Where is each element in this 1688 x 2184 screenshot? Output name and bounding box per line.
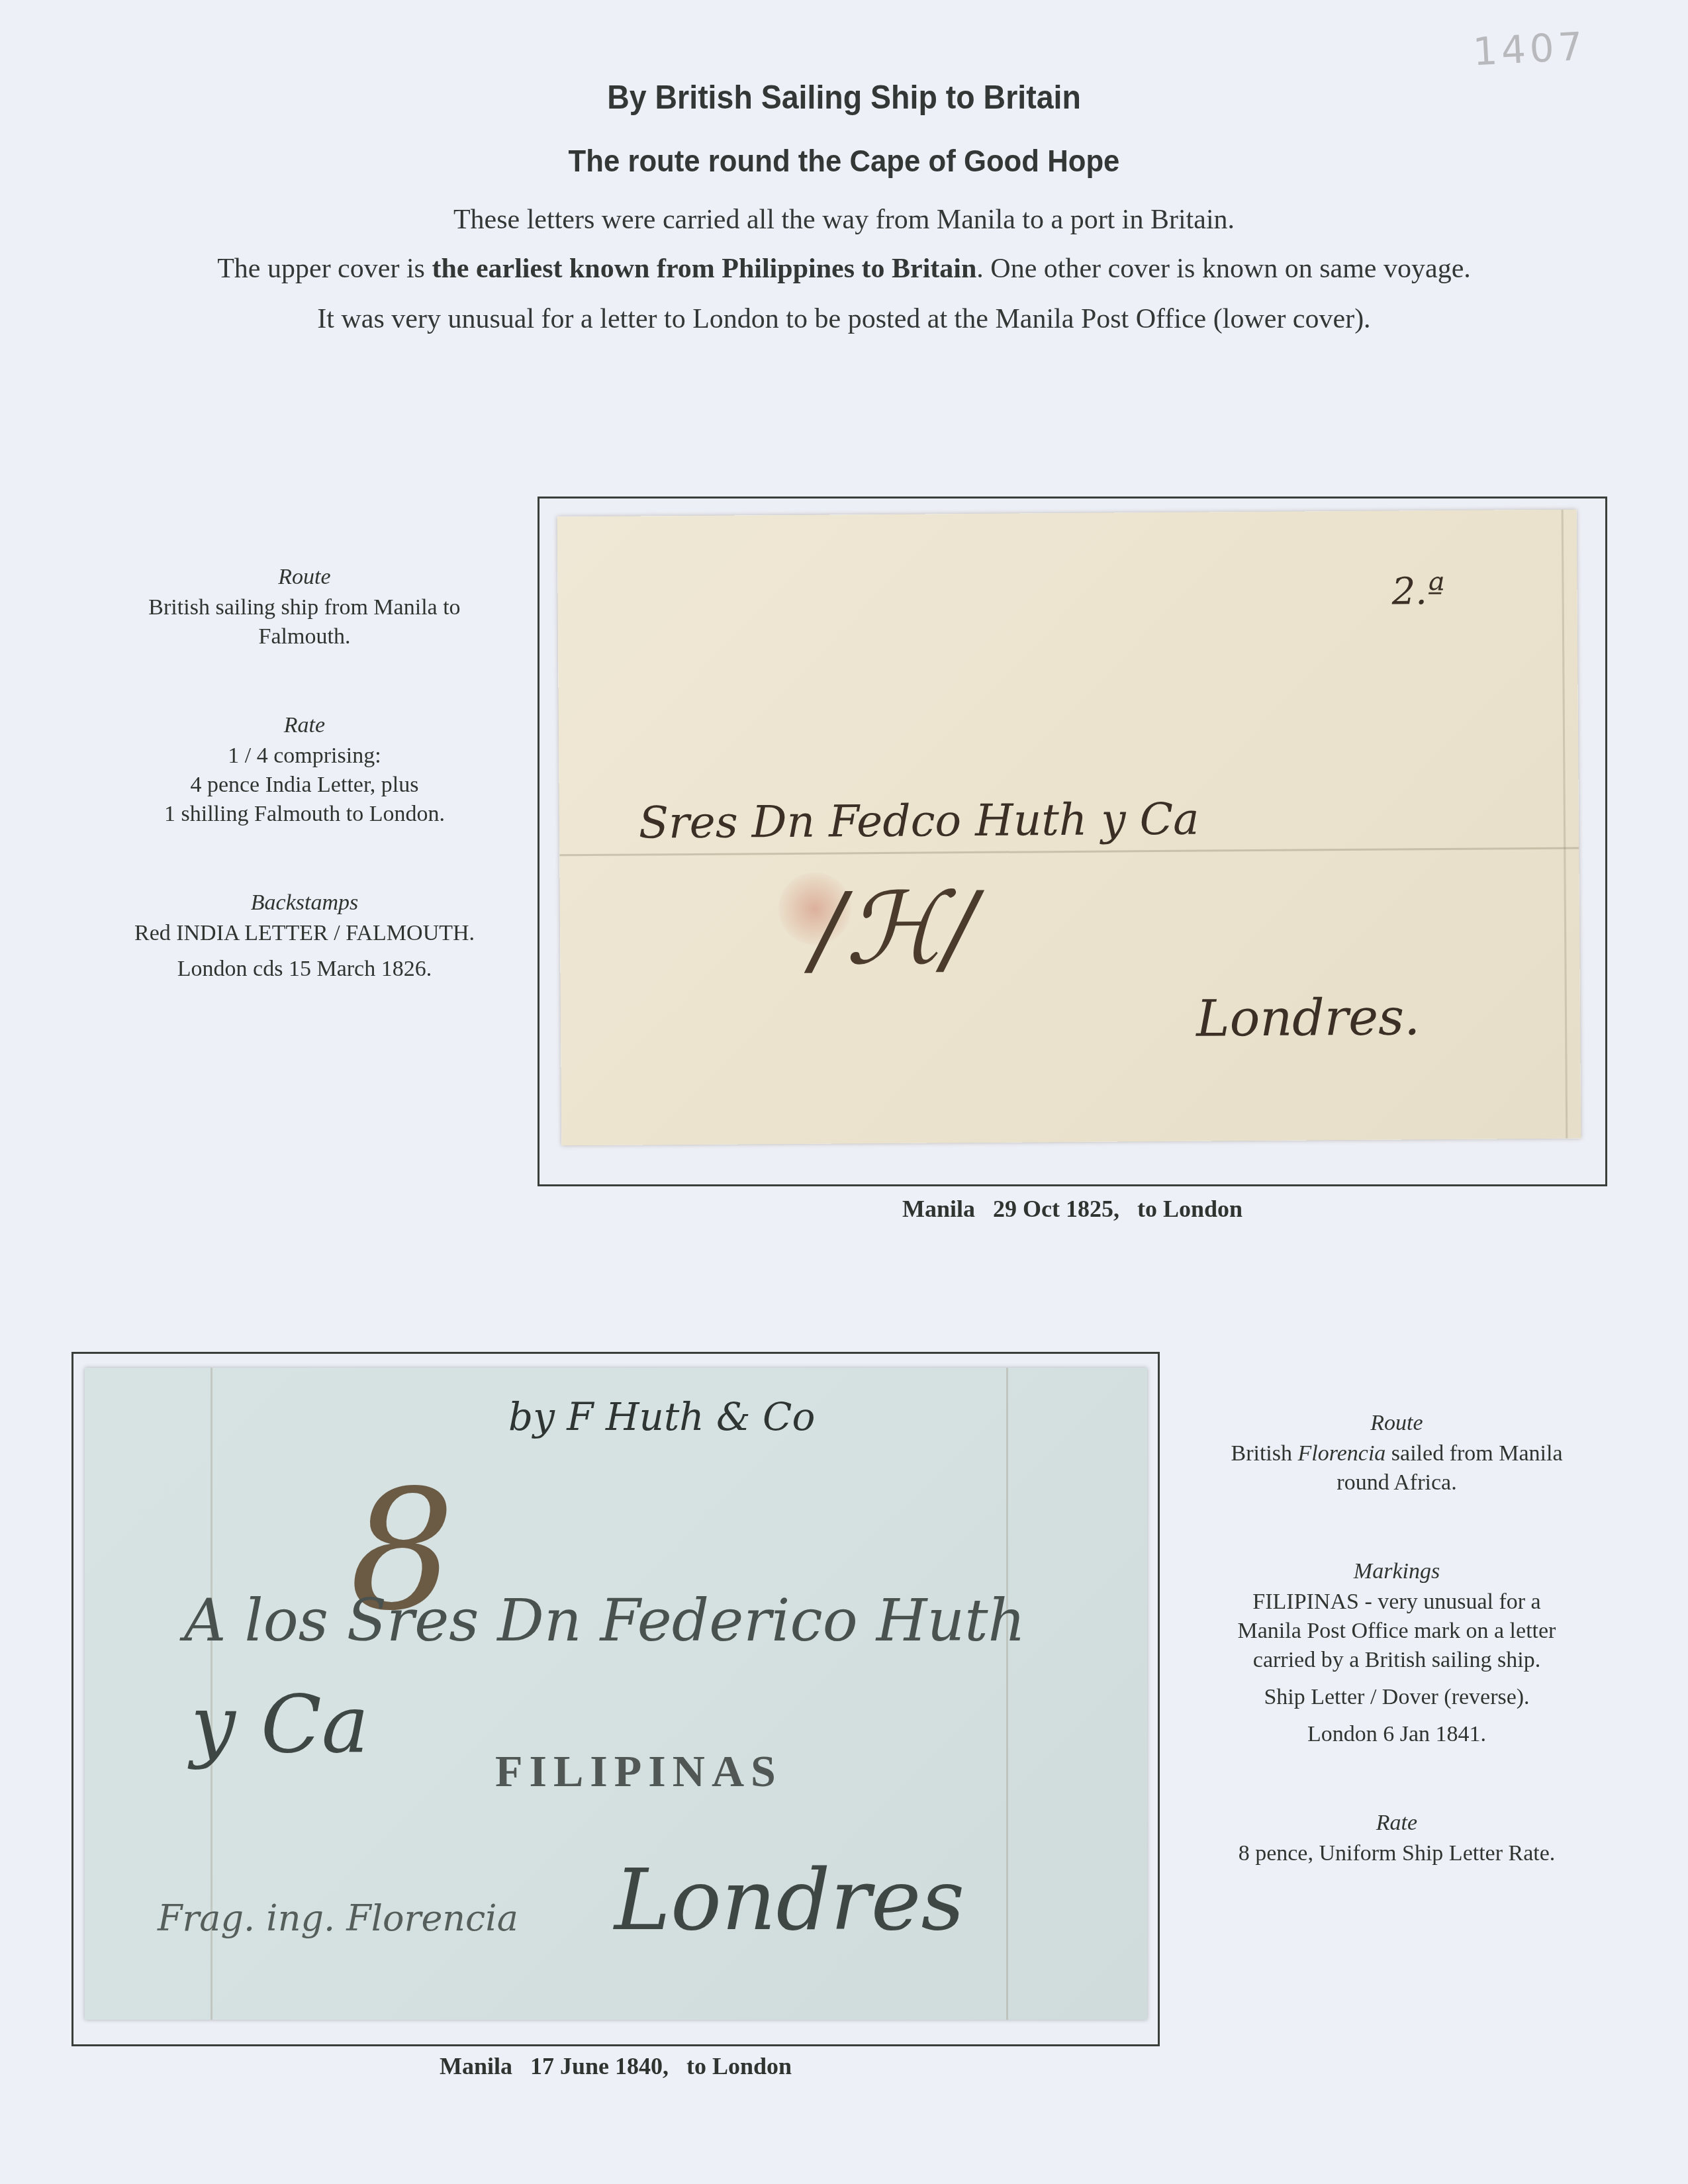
rate-note: Rate 8 pence, Uniform Ship Letter Rate. xyxy=(1165,1809,1628,1868)
route-text-1: British sailing ship from Manila to xyxy=(93,593,516,622)
upper-cover-corner-mark: 2.ª xyxy=(1391,570,1444,614)
intro-line-3: It was very unusual for a letter to Lond… xyxy=(0,303,1688,335)
upper-cover-notes: Route British sailing ship from Manila t… xyxy=(93,563,516,1043)
lower-cover-fold-right xyxy=(1006,1368,1008,2020)
rate-text-1: 1 / 4 comprising: xyxy=(93,741,516,771)
rate-text-3: 1 shilling Falmouth to London. xyxy=(93,800,516,829)
route-note: Route British Florencia sailed from Mani… xyxy=(1165,1409,1628,1497)
route-heading: Route xyxy=(1165,1409,1628,1438)
lower-cover-caption: Manila 17 June 1840, to London xyxy=(71,2052,1160,2080)
markings-text-2: Manila Post Office mark on a letter xyxy=(1165,1617,1628,1646)
page-title: By British Sailing Ship to Britain xyxy=(59,78,1629,117)
page-number: 1407 xyxy=(1472,24,1587,75)
lower-cover-address: A los Sres Dn Federico Huth xyxy=(184,1586,1025,1654)
route-heading: Route xyxy=(93,563,516,592)
markings-text-1: FILIPINAS - very unusual for a xyxy=(1165,1588,1628,1617)
lower-cover-top-line: by F Huth & Co xyxy=(508,1394,815,1439)
markings-note: Markings FILIPINAS - very unusual for a … xyxy=(1165,1557,1628,1749)
upper-cover-destination: Londres. xyxy=(1196,987,1421,1047)
route-text-2: Falmouth. xyxy=(93,622,516,651)
page-subtitle: The route round the Cape of Good Hope xyxy=(59,142,1629,179)
route-text-2: round Africa. xyxy=(1165,1468,1628,1497)
lower-cover-ship: Frag. ing. Florencia xyxy=(158,1897,518,1939)
upper-cover-fold xyxy=(559,847,1579,857)
markings-london: London 6 Jan 1841. xyxy=(1165,1720,1628,1749)
rate-heading: Rate xyxy=(1165,1809,1628,1838)
lower-cover-image: by F Huth & Co 8 A los Sres Dn Federico … xyxy=(85,1368,1147,2020)
route-prefix: British xyxy=(1231,1441,1297,1466)
ship-name: Florencia xyxy=(1298,1441,1386,1466)
intro-line-2-suffix: . One other cover is known on same voyag… xyxy=(976,254,1470,284)
backstamps-note: Backstamps Red INDIA LETTER / FALMOUTH. … xyxy=(93,888,516,984)
route-text-1: British Florencia sailed from Manila xyxy=(1165,1439,1628,1468)
backstamps-text-2: London cds 15 March 1826. xyxy=(93,955,516,984)
rate-note: Rate 1 / 4 comprising: 4 pence India Let… xyxy=(93,711,516,829)
markings-ship-letter: Ship Letter / Dover (reverse). xyxy=(1165,1683,1628,1712)
rate-text: 8 pence, Uniform Ship Letter Rate. xyxy=(1165,1839,1628,1868)
lower-cover-notes: Route British Florencia sailed from Mani… xyxy=(1165,1409,1628,1928)
route-note: Route British sailing ship from Manila t… xyxy=(93,563,516,651)
lower-cover-destination: Londres xyxy=(614,1851,964,1950)
upper-cover-caption: Manila 29 Oct 1825, to London xyxy=(538,1195,1607,1223)
upper-cover-image: 2.ª Sres Dn Fedco Huth y Ca /ℋ/ Londres. xyxy=(557,510,1581,1146)
backstamps-heading: Backstamps xyxy=(93,888,516,918)
route-suffix: sailed from Manila xyxy=(1385,1441,1562,1466)
rate-text-2: 4 pence India Letter, plus xyxy=(93,771,516,800)
rate-heading: Rate xyxy=(93,711,516,740)
markings-text-3: carried by a British sailing ship. xyxy=(1165,1646,1628,1675)
filipinas-stamp: FILIPINAS xyxy=(495,1745,782,1797)
upper-cover-address: Sres Dn Fedco Huth y Ca xyxy=(639,794,1199,849)
upper-cover-rate-mark: /ℋ/ xyxy=(811,871,977,988)
intro-line-2-prefix: The upper cover is xyxy=(217,254,432,284)
upper-cover-fold-vertical xyxy=(1562,510,1568,1139)
intro-line-2-emphasis: the earliest known from Philippines to B… xyxy=(432,254,976,284)
intro-line-1: These letters were carried all the way f… xyxy=(0,204,1688,236)
intro-line-2: The upper cover is the earliest known fr… xyxy=(0,253,1688,285)
lower-cover-address-2: y Ca xyxy=(191,1679,369,1771)
markings-heading: Markings xyxy=(1165,1557,1628,1586)
backstamps-text-1: Red INDIA LETTER / FALMOUTH. xyxy=(93,919,516,948)
